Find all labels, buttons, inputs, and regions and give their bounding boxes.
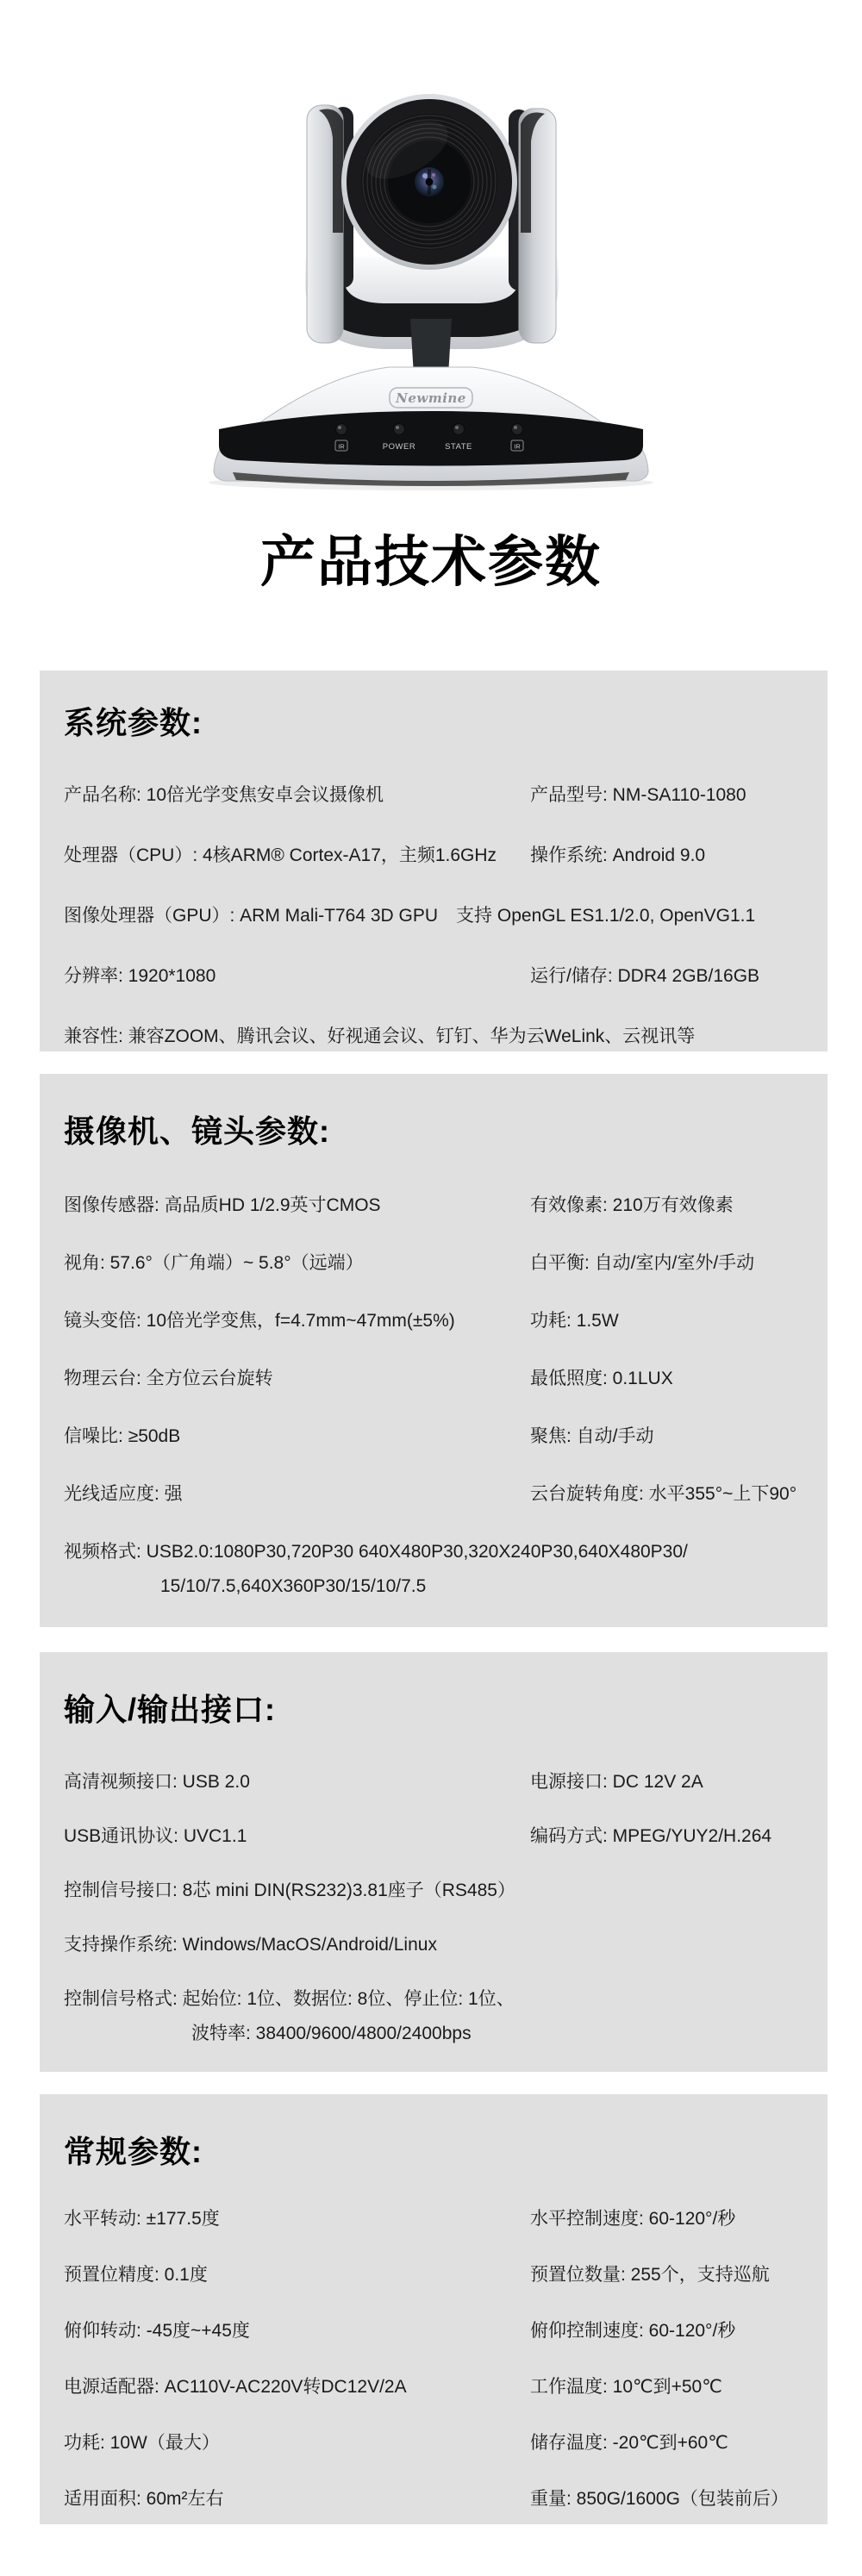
spec-item: 聚焦: 自动/手动 xyxy=(530,1424,803,1450)
front-panel xyxy=(219,411,643,466)
spec-item: 水平控制速度: 60-120°/秒 xyxy=(530,2206,803,2232)
spec-item: 俯仰控制速度: 60-120°/秒 xyxy=(530,2318,803,2344)
spec-item: 功耗: 1.5W xyxy=(530,1308,803,1334)
spec-item: 图像处理器（GPU）: ARM Mali-T764 3D GPU 支持 Open… xyxy=(64,903,803,929)
spec-item: 储存温度: -20℃到+60℃ xyxy=(530,2430,803,2456)
spec-row: 电源适配器: AC110V-AC220V转DC12V/2A 工作温度: 10℃到… xyxy=(64,2374,803,2400)
camera-image: Newmine IR POWER STATE xyxy=(207,60,655,491)
spec-item: USB通讯协议: UVC1.1 xyxy=(64,1824,530,1849)
spec-item: 最低照度: 0.1LUX xyxy=(530,1366,803,1392)
section-general-params: 常规参数: 水平转动: ±177.5度 水平控制速度: 60-120°/秒 预置… xyxy=(40,2094,828,2524)
section-heading: 摄像机、镜头参数: xyxy=(64,1112,803,1151)
spec-row: 信噪比: ≥50dB 聚焦: 自动/手动 xyxy=(64,1424,803,1450)
spec-item: 俯仰转动: -45度~+45度 xyxy=(64,2318,530,2344)
spec-item: 电源接口: DC 12V 2A xyxy=(530,1769,803,1795)
spec-row: 水平转动: ±177.5度 水平控制速度: 60-120°/秒 xyxy=(64,2206,803,2232)
spec-item: 预置位精度: 0.1度 xyxy=(64,2262,530,2288)
power-led-label: POWER xyxy=(383,442,415,452)
spec-row: 兼容性: 兼容ZOOM、腾讯会议、好视通会议、钉钉、华为云WeLink、云视讯等 xyxy=(64,1024,803,1050)
spec-item: 云台旋转角度: 水平355°~上下90° xyxy=(530,1481,803,1507)
spec-item: 电源适配器: AC110V-AC220V转DC12V/2A xyxy=(64,2374,530,2400)
spec-item: 图像传感器: 高品质HD 1/2.9英寸CMOS xyxy=(64,1193,530,1219)
spec-item: 水平转动: ±177.5度 xyxy=(64,2206,530,2232)
ir-led-label: IR xyxy=(514,443,521,451)
spec-row: 图像传感器: 高品质HD 1/2.9英寸CMOS 有效像素: 210万有效像素 xyxy=(64,1193,803,1219)
camera-head xyxy=(341,94,517,270)
spec-item: 产品型号: NM-SA110-1080 xyxy=(530,783,803,808)
camera-base: Newmine IR POWER STATE xyxy=(214,367,648,486)
spec-item: 物理云台: 全方位云台旋转 xyxy=(64,1366,530,1392)
brand-logo: Newmine xyxy=(395,390,466,406)
spec-row: 光线适应度: 强 云台旋转角度: 水平355°~上下90° xyxy=(64,1481,803,1507)
state-led-label: STATE xyxy=(445,442,472,452)
spec-item: 预置位数量: 255个，支持巡航 xyxy=(530,2262,803,2288)
spec-row: 支持操作系统: Windows/MacOS/Android/Linux xyxy=(64,1932,803,1958)
spec-item: 功耗: 10W（最大） xyxy=(64,2430,530,2456)
ir-led-label: IR xyxy=(338,443,345,451)
spec-item: 控制信号格式: 起始位: 1位、数据位: 8位、停止位: 1位、 xyxy=(64,1987,803,2012)
spec-item: 编码方式: MPEG/YUY2/H.264 xyxy=(530,1824,803,1849)
spec-item: 15/10/7.5,640X360P30/15/10/7.5 xyxy=(64,1574,803,1600)
spec-item: 控制信号接口: 8芯 mini DIN(RS232)3.81座子（RS485） xyxy=(64,1878,803,1904)
spec-item: 支持操作系统: Windows/MacOS/Android/Linux xyxy=(64,1932,803,1958)
spec-item: 高清视频接口: USB 2.0 xyxy=(64,1769,530,1795)
spec-row: 视角: 57.6°（广角端）~ 5.8°（远端） 白平衡: 自动/室内/室外/手… xyxy=(64,1251,803,1276)
spec-item: 处理器（CPU）: 4核ARM® Cortex-A17，主频1.6GHz xyxy=(64,843,530,869)
spec-row: 图像处理器（GPU）: ARM Mali-T764 3D GPU 支持 Open… xyxy=(64,903,803,929)
section-camera-lens-params: 摄像机、镜头参数: 图像传感器: 高品质HD 1/2.9英寸CMOS 有效像素:… xyxy=(40,1074,828,1627)
spec-row: USB通讯协议: UVC1.1 编码方式: MPEG/YUY2/H.264 xyxy=(64,1824,803,1849)
page-title: 产品技术参数 xyxy=(0,527,862,596)
spec-item: 操作系统: Android 9.0 xyxy=(530,843,803,869)
spec-item: 兼容性: 兼容ZOOM、腾讯会议、好视通会议、钉钉、华为云WeLink、云视讯等 xyxy=(64,1024,803,1050)
product-spec-page: Newmine IR POWER STATE xyxy=(0,0,862,2576)
spec-row: 分辨率: 1920*1080 运行/储存: DDR4 2GB/16GB xyxy=(64,964,803,989)
spec-row: 镜头变倍: 10倍光学变焦，f=4.7mm~47mm(±5%) 功耗: 1.5W xyxy=(64,1308,803,1334)
spec-row: 物理云台: 全方位云台旋转 最低照度: 0.1LUX xyxy=(64,1366,803,1392)
spec-row-video-format: 视频格式: USB2.0:1080P30,720P30 640X480P30,3… xyxy=(64,1539,803,1600)
spec-item: 镜头变倍: 10倍光学变焦，f=4.7mm~47mm(±5%) xyxy=(64,1308,530,1334)
spec-row-control-signal-format: 控制信号格式: 起始位: 1位、数据位: 8位、停止位: 1位、 波特率: 38… xyxy=(64,1987,803,2047)
product-photo: Newmine IR POWER STATE xyxy=(0,0,862,517)
spec-item: 视频格式: USB2.0:1080P30,720P30 640X480P30,3… xyxy=(64,1539,803,1565)
spec-item: 重量: 850G/1600G（包装前后） xyxy=(530,2486,803,2512)
spec-item: 有效像素: 210万有效像素 xyxy=(530,1193,803,1219)
spec-item: 运行/储存: DDR4 2GB/16GB xyxy=(530,964,803,989)
spec-item: 白平衡: 自动/室内/室外/手动 xyxy=(530,1251,803,1276)
spec-item: 信噪比: ≥50dB xyxy=(64,1424,530,1450)
section-heading: 系统参数: xyxy=(64,703,803,743)
spec-row: 适用面积: 60m²左右 重量: 850G/1600G（包装前后） xyxy=(64,2486,803,2512)
spec-row: 俯仰转动: -45度~+45度 俯仰控制速度: 60-120°/秒 xyxy=(64,2318,803,2344)
spec-item: 分辨率: 1920*1080 xyxy=(64,964,530,989)
section-system-params: 系统参数: 产品名称: 10倍光学变焦安卓会议摄像机 产品型号: NM-SA11… xyxy=(40,671,828,1051)
spec-item: 视角: 57.6°（广角端）~ 5.8°（远端） xyxy=(64,1251,530,1276)
spec-item: 工作温度: 10℃到+50℃ xyxy=(530,2374,803,2400)
spec-item: 光线适应度: 强 xyxy=(64,1481,530,1507)
section-io-interfaces: 输入/输出接口: 高清视频接口: USB 2.0 电源接口: DC 12V 2A… xyxy=(40,1652,828,2072)
spec-row: 预置位精度: 0.1度 预置位数量: 255个，支持巡航 xyxy=(64,2262,803,2288)
spec-row: 产品名称: 10倍光学变焦安卓会议摄像机 产品型号: NM-SA110-1080 xyxy=(64,783,803,808)
section-heading: 输入/输出接口: xyxy=(64,1690,803,1730)
spec-row: 高清视频接口: USB 2.0 电源接口: DC 12V 2A xyxy=(64,1769,803,1795)
spec-item: 产品名称: 10倍光学变焦安卓会议摄像机 xyxy=(64,783,530,808)
spec-row: 功耗: 10W（最大） 储存温度: -20℃到+60℃ xyxy=(64,2430,803,2456)
spec-item: 适用面积: 60m²左右 xyxy=(64,2486,530,2512)
section-heading: 常规参数: xyxy=(64,2132,803,2172)
spec-row: 控制信号接口: 8芯 mini DIN(RS232)3.81座子（RS485） xyxy=(64,1878,803,1904)
spec-item: 波特率: 38400/9600/4800/2400bps xyxy=(64,2021,803,2047)
spec-row: 处理器（CPU）: 4核ARM® Cortex-A17，主频1.6GHz 操作系… xyxy=(64,843,803,869)
